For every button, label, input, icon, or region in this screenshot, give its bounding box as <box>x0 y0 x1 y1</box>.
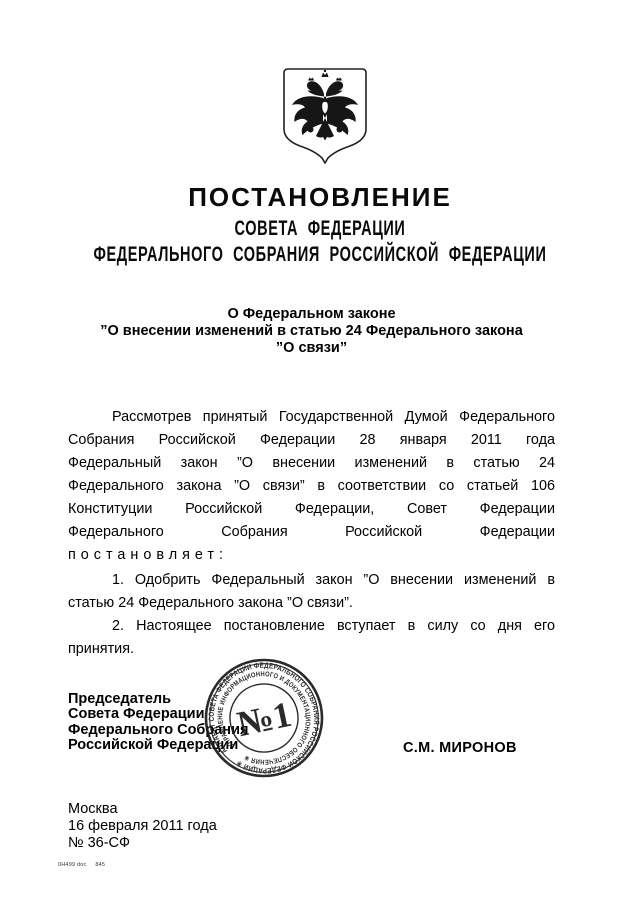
paragraph-line: Конституции Российской Федерации, Совет … <box>68 498 555 521</box>
resolution-items: 1. Одобрить Федеральный закон ”О внесени… <box>68 569 555 661</box>
document-title-block: ПОСТАНОВЛЕНИЕ СОВЕТА ФЕДЕРАЦИИ ФЕДЕРАЛЬН… <box>0 183 640 267</box>
body-paragraph-1: Рассмотрев принятый Государственной Думо… <box>68 406 555 567</box>
paragraph-line: Федерального закона ”О связи” в соответс… <box>68 475 555 498</box>
resolution-item-1-line: статью 24 Федерального закона ”О связи”. <box>68 592 555 615</box>
footer-page-note: 845 <box>95 862 105 868</box>
footer-note: 0Н499 doc845 <box>58 862 105 868</box>
date-line: 16 февраля 2011 года <box>68 818 217 835</box>
russian-coat-of-arms <box>279 66 371 164</box>
stamp-graphic: АППАРАТ СОВЕТА ФЕДЕРАЦИИ ФЕДЕРАЛЬНОГО СО… <box>202 656 326 780</box>
official-stamp: АППАРАТ СОВЕТА ФЕДЕРАЦИИ ФЕДЕРАЛЬНОГО СО… <box>202 656 326 780</box>
paragraph-line: Рассмотрев принятый Государственной Думо… <box>68 406 555 429</box>
doc-number-line: № 36-СФ <box>68 835 217 852</box>
subject-line1: О Федеральном законе <box>68 306 555 323</box>
coat-of-arms-graphic <box>279 66 371 164</box>
doc-type-title: ПОСТАНОВЛЕНИЕ <box>0 183 640 211</box>
signatory-name: С.М. МИРОНОВ <box>403 740 517 756</box>
subject-block: О Федеральном законе ”О внесении изменен… <box>68 306 555 357</box>
paragraph-line: Собрания Российской Федерации 28 января … <box>68 429 555 452</box>
issuing-body-line2: ФЕДЕРАЛЬНОГО СОБРАНИЯ РОССИЙСКОЙ ФЕДЕРАЦ… <box>94 243 547 266</box>
place-date-block: Москва 16 февраля 2011 года № 36-СФ <box>68 801 217 852</box>
resolution-item-1-line: 1. Одобрить Федеральный закон ”О внесени… <box>68 569 555 592</box>
paragraph-line: Федерального Собрания Российской Федерац… <box>68 521 555 544</box>
city-line: Москва <box>68 801 217 818</box>
issuing-body-line1: СОВЕТА ФЕДЕРАЦИИ <box>235 217 406 240</box>
resolution-item-2-line: 2. Настоящее постановление вступает в си… <box>68 615 555 638</box>
resolves-keyword: постановляет: <box>68 544 555 567</box>
subject-line2: ”О внесении изменений в статью 24 Федера… <box>68 323 555 340</box>
body-text: Рассмотрев принятый Государственной Думо… <box>68 406 555 661</box>
subject-line3: ”О связи” <box>68 340 555 357</box>
stamp-number: №1 <box>234 694 295 744</box>
footer-file-note: 0Н499 doc <box>58 862 86 868</box>
paragraph-line: Федеральный закон ”О внесении изменений … <box>68 452 555 475</box>
